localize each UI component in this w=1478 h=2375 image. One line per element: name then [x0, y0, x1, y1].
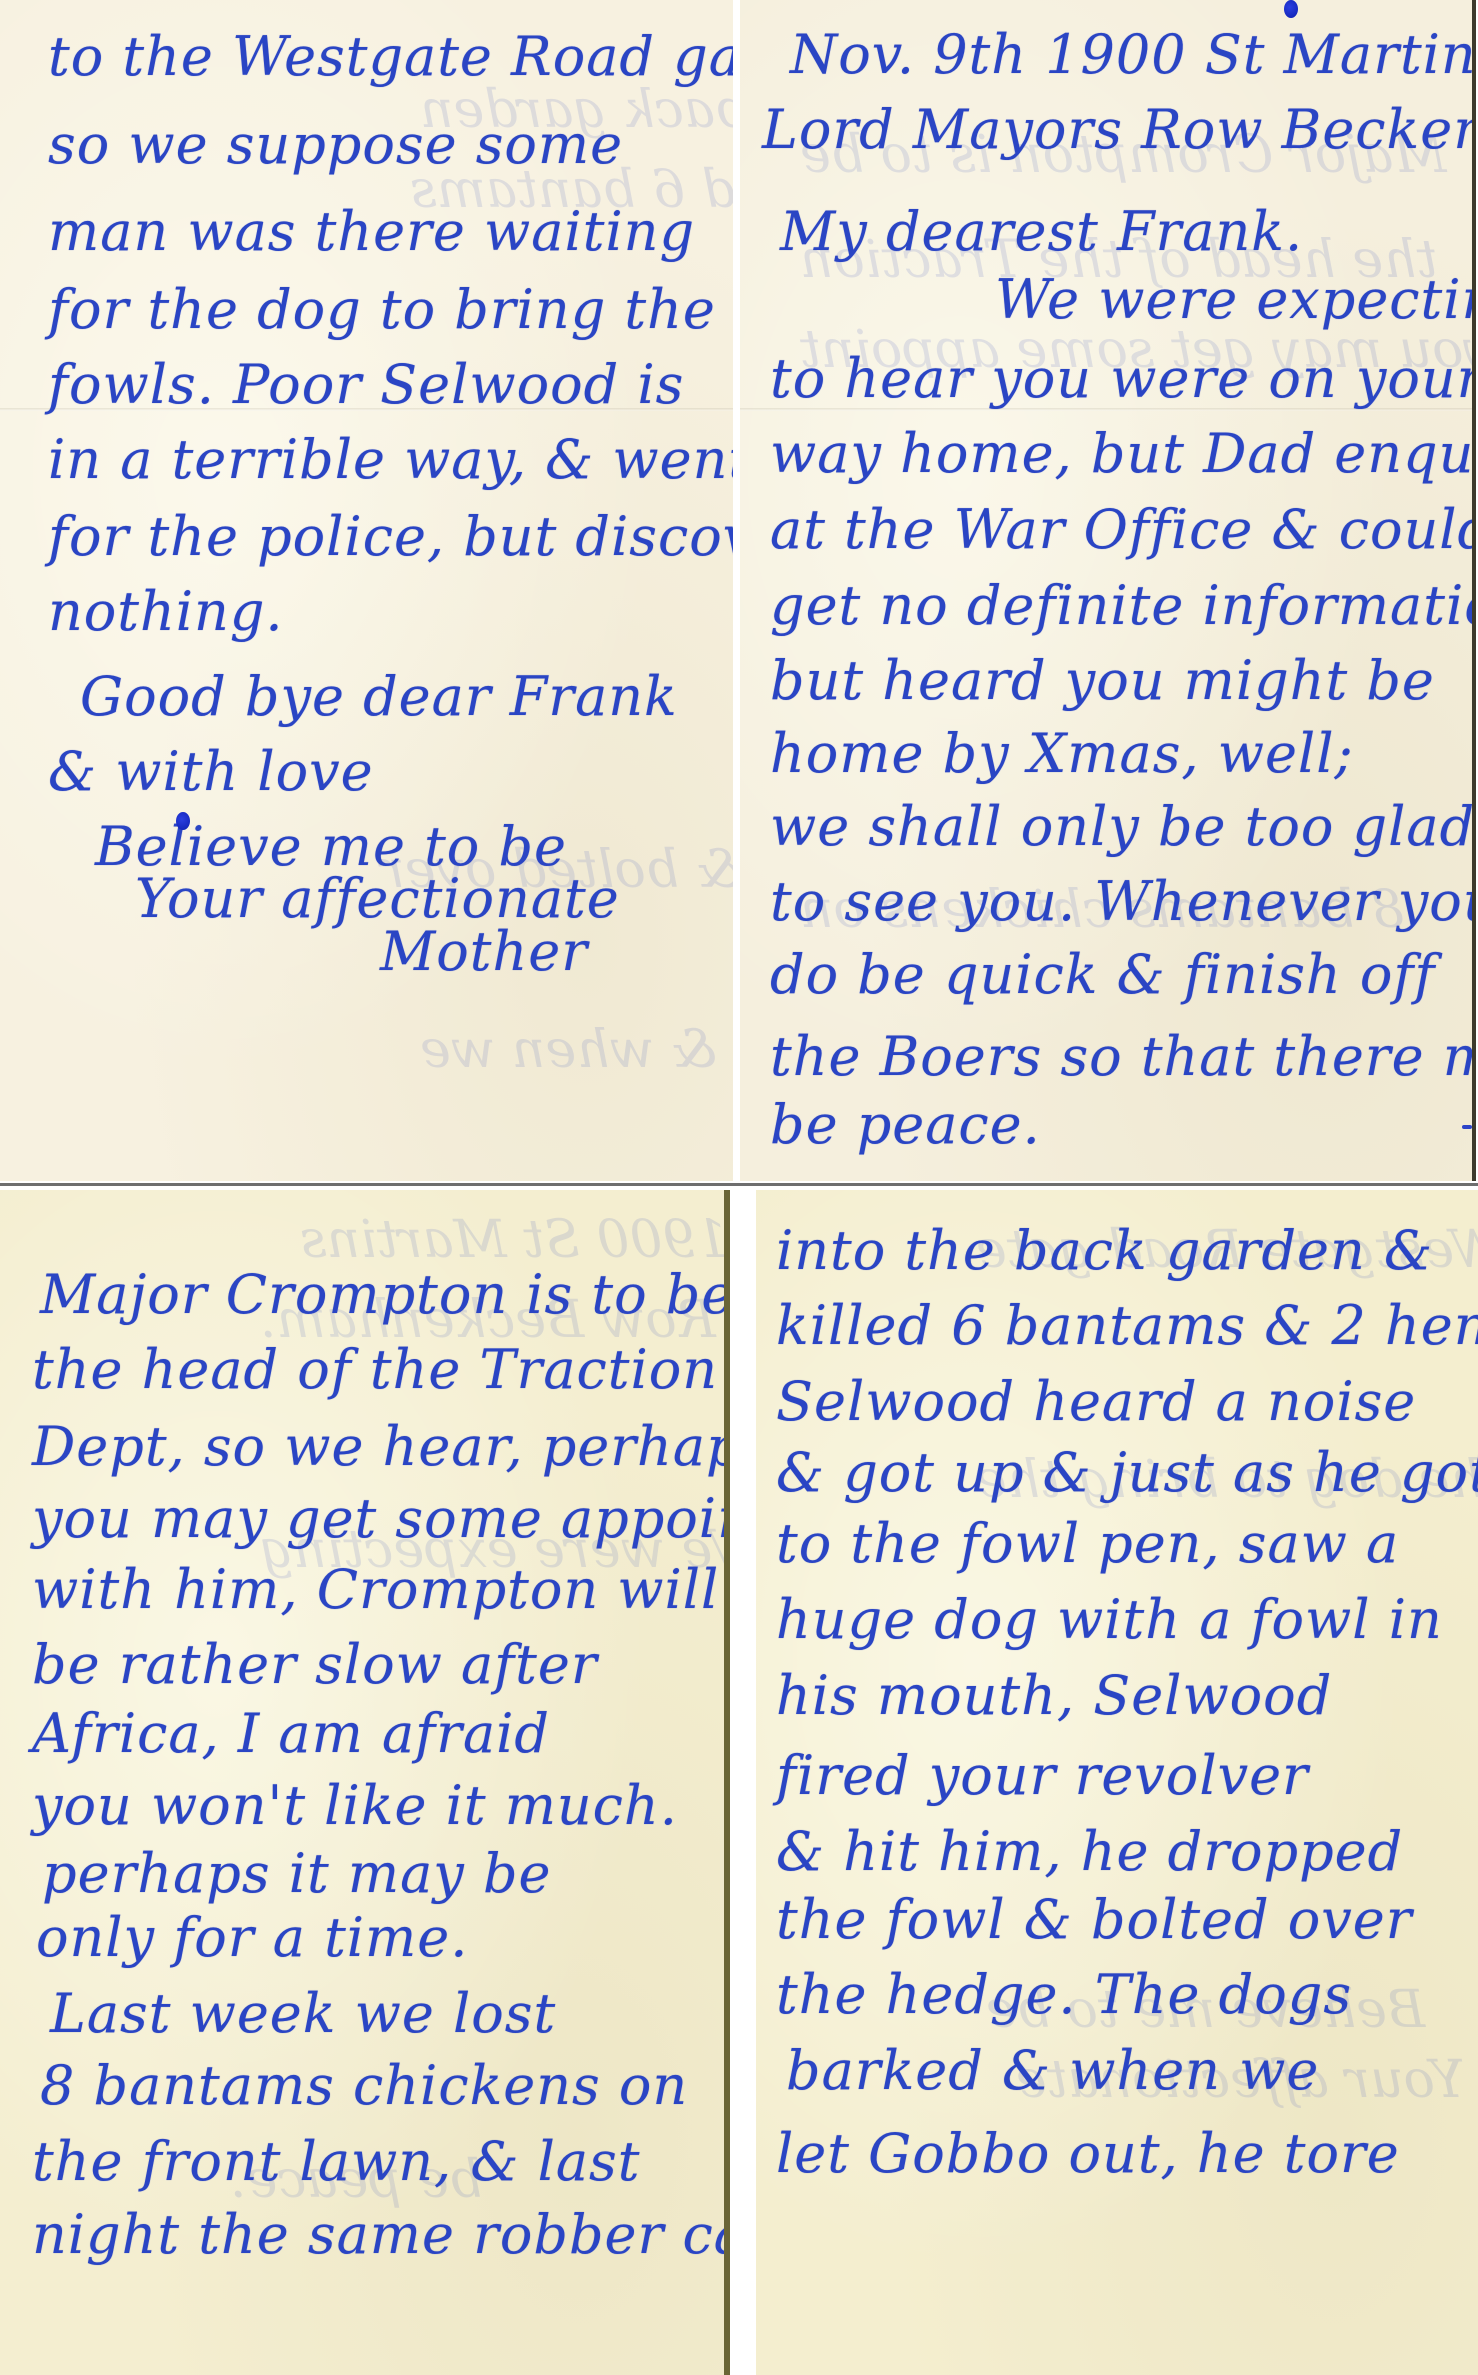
letter-line: with him, Crompton will [32, 1563, 719, 1617]
letter-line: into the back garden & [776, 1224, 1433, 1278]
letter-line: the front lawn, & last [32, 2135, 640, 2189]
letter-line: so we suppose some [48, 118, 623, 172]
letter-line: to hear you were on your [770, 352, 1476, 406]
letter-line: Selwood heard a noise [776, 1375, 1416, 1429]
letter-line: for the police, but discovered [48, 510, 733, 564]
letter-closing: Good bye dear Frank [80, 670, 678, 724]
ink-blot [176, 812, 190, 830]
letter-signature: Mother [380, 925, 588, 979]
letter-line: & hit him, he dropped [776, 1825, 1403, 1879]
letter-line: for the dog to bring the [48, 283, 716, 337]
letter-line: Africa, I am afraid [32, 1707, 550, 1761]
letter-page-top-left: into the back garden killed 6 bantams th… [0, 0, 733, 1181]
letter-line: you may get some appointment [32, 1492, 730, 1546]
letter-line: home by Xmas, well; [770, 727, 1354, 781]
letter-line: nothing. [48, 585, 284, 639]
letter-line: way home, but Dad enquired [770, 427, 1476, 481]
letter-page-bottom-left: Nov. 9th 1900 St Martins Lord Mayors Row… [0, 1190, 730, 2375]
letter-line: to the Westgate Road gate [48, 30, 733, 84]
letter-line: killed 6 bantams & 2 hens, [776, 1299, 1478, 1353]
letter-closing: & with love [48, 745, 374, 799]
letter-page-bottom-right: to the Westgate Road gate for the dog to… [756, 1190, 1478, 2375]
letter-line: to the fowl pen, saw a [776, 1517, 1399, 1571]
letter-line: at the War Office & could [770, 503, 1476, 557]
letter-line: Dept, so we hear, perhaps [32, 1420, 730, 1474]
page-divider [0, 1183, 1478, 1186]
letter-line: let Gobbo out, he tore [776, 2127, 1400, 2181]
bleed-through-text: barked & when we [420, 1020, 733, 1080]
letter-line: perhaps it may be [42, 1847, 552, 1901]
letter-line: We were expecting [995, 273, 1476, 327]
letter-line: to see you. Whenever you come [770, 875, 1476, 929]
letter-date-address: Lord Mayors Row Beckenham. [762, 103, 1476, 157]
letter-closing: Believe me to be [95, 820, 567, 874]
letter-line: fired your revolver [776, 1749, 1309, 1803]
letter-line: only for a time. [36, 1911, 468, 1965]
letter-line: be rather slow after [32, 1638, 598, 1692]
letter-line: the hedge. The dogs [776, 1968, 1352, 2022]
letter-line: & got up & just as he got [776, 1446, 1478, 1500]
letter-line: the head of the Traction [32, 1343, 718, 1397]
letter-closing: Your affectionate [135, 872, 620, 926]
letter-date-address: Nov. 9th 1900 St Martins [790, 28, 1476, 82]
letter-salutation: My dearest Frank. [780, 205, 1303, 259]
letter-line: night the same robber came [32, 2208, 730, 2262]
ink-mark [1462, 1125, 1472, 1129]
letter-line: you won't like it much. [32, 1779, 678, 1833]
letter-line: fowls. Poor Selwood is [48, 358, 684, 412]
letter-line: Last week we lost [50, 1987, 556, 2041]
letter-line: get no definite information, [770, 579, 1476, 633]
letter-line: we shall only be too glad [770, 800, 1475, 854]
letter-line: his mouth, Selwood [776, 1669, 1332, 1723]
bleed-through-text: Nov. 9th 1900 St Martins [300, 1210, 730, 1270]
letter-line: do be quick & finish off [770, 948, 1435, 1002]
letter-line: the fowl & bolted over [776, 1893, 1413, 1947]
letter-line: the Boers so that there may [770, 1030, 1476, 1084]
letter-page-top-right: Major Crompton is to be the head of the … [740, 0, 1476, 1181]
letter-line: man was there waiting [48, 205, 695, 259]
letter-line: 8 bantams chickens on [40, 2059, 688, 2113]
ink-blot [1284, 0, 1298, 18]
letter-line: huge dog with a fowl in [776, 1593, 1443, 1647]
letter-line: be peace. [770, 1098, 1041, 1152]
letter-line: in a terrible way, & went [48, 433, 733, 487]
letter-line: but heard you might be [770, 654, 1435, 708]
letter-line: Major Crompton is to be [40, 1268, 730, 1322]
letter-line: barked & when we [786, 2044, 1319, 2098]
